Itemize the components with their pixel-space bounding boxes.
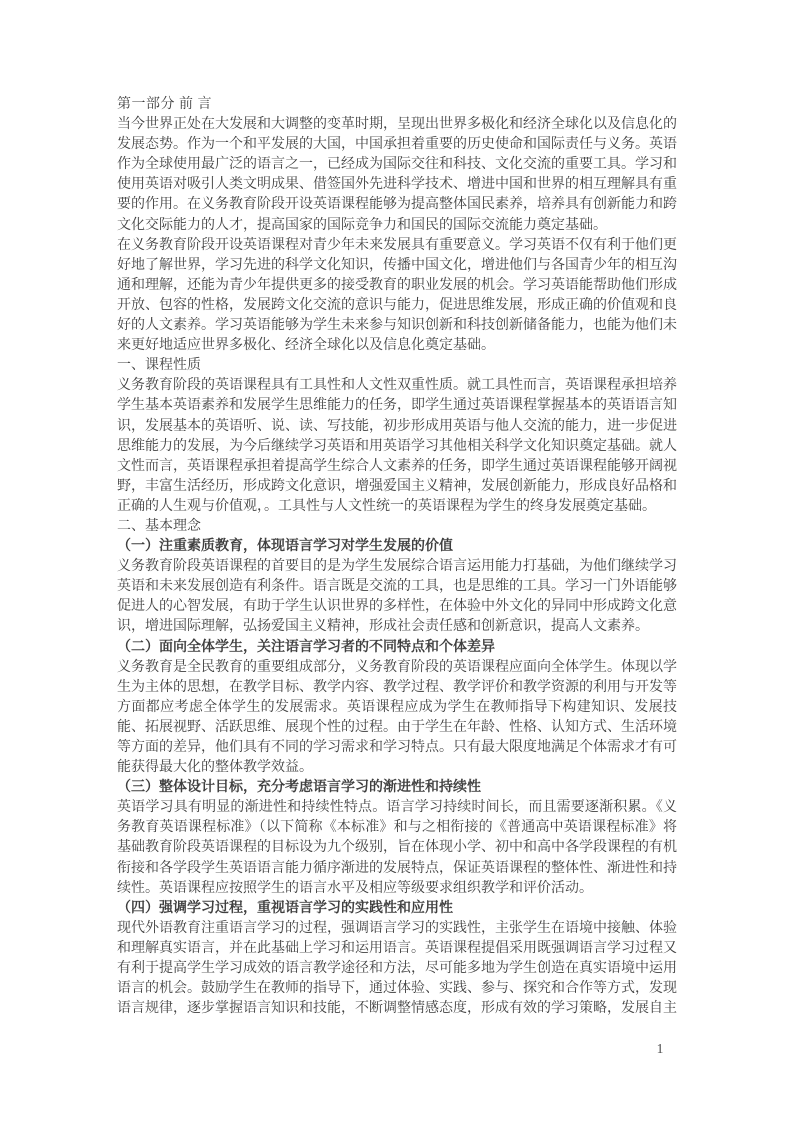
- paragraph-concept-2: 义务教育是全民教育的重要组成部分，义务教育阶段的英语课程应面向全体学生。体现以学…: [117, 658, 677, 779]
- document-body: 第一部分 前 言 当今世界正处在大发展和大调整的变革时期，呈现出世界多极化和经济…: [117, 95, 677, 1019]
- document-page: 第一部分 前 言 当今世界正处在大发展和大调整的变革时期，呈现出世界多极化和经济…: [0, 0, 793, 1122]
- page-number: 1: [640, 1040, 680, 1058]
- paragraph-concept-1: 义务教育阶段英语课程的首要目的是为学生发展综合语言运用能力打基础，为他们继续学习…: [117, 557, 677, 637]
- section-heading-course-nature: 一、课程性质: [117, 356, 677, 376]
- part-title: 第一部分 前 言: [117, 95, 677, 115]
- paragraph-course-nature: 义务教育阶段的英语课程具有工具性和人文性双重性质。就工具性而言，英语课程承担培养…: [117, 376, 677, 517]
- paragraph-concept-3: 英语学习具有明显的渐进性和持续性特点。语言学习持续时间长，而且需要逐渐积累。《义…: [117, 798, 677, 898]
- paragraph-concept-4: 现代外语教育注重语言学习的过程，强调语言学习的实践性，主张学生在语境中接触、体验…: [117, 919, 677, 1019]
- subsection-heading-4: （四）强调学习过程，重视语言学习的实践性和应用性: [117, 899, 677, 919]
- subsection-heading-3: （三）整体设计目标，充分考虑语言学习的渐进性和持续性: [117, 778, 677, 798]
- section-heading-basic-concepts: 二、基本理念: [117, 517, 677, 537]
- subsection-heading-2: （二）面向全体学生，关注语言学习者的不同特点和个体差异: [117, 638, 677, 658]
- subsection-heading-1: （一）注重素质教育，体现语言学习对学生发展的价值: [117, 537, 677, 557]
- paragraph-intro-2: 在义务教育阶段开设英语课程对青少年未来发展具有重要意义。学习英语不仅有利于他们更…: [117, 236, 677, 357]
- paragraph-intro-1: 当今世界正处在大发展和大调整的变革时期，呈现出世界多极化和经济全球化以及信息化的…: [117, 115, 677, 236]
